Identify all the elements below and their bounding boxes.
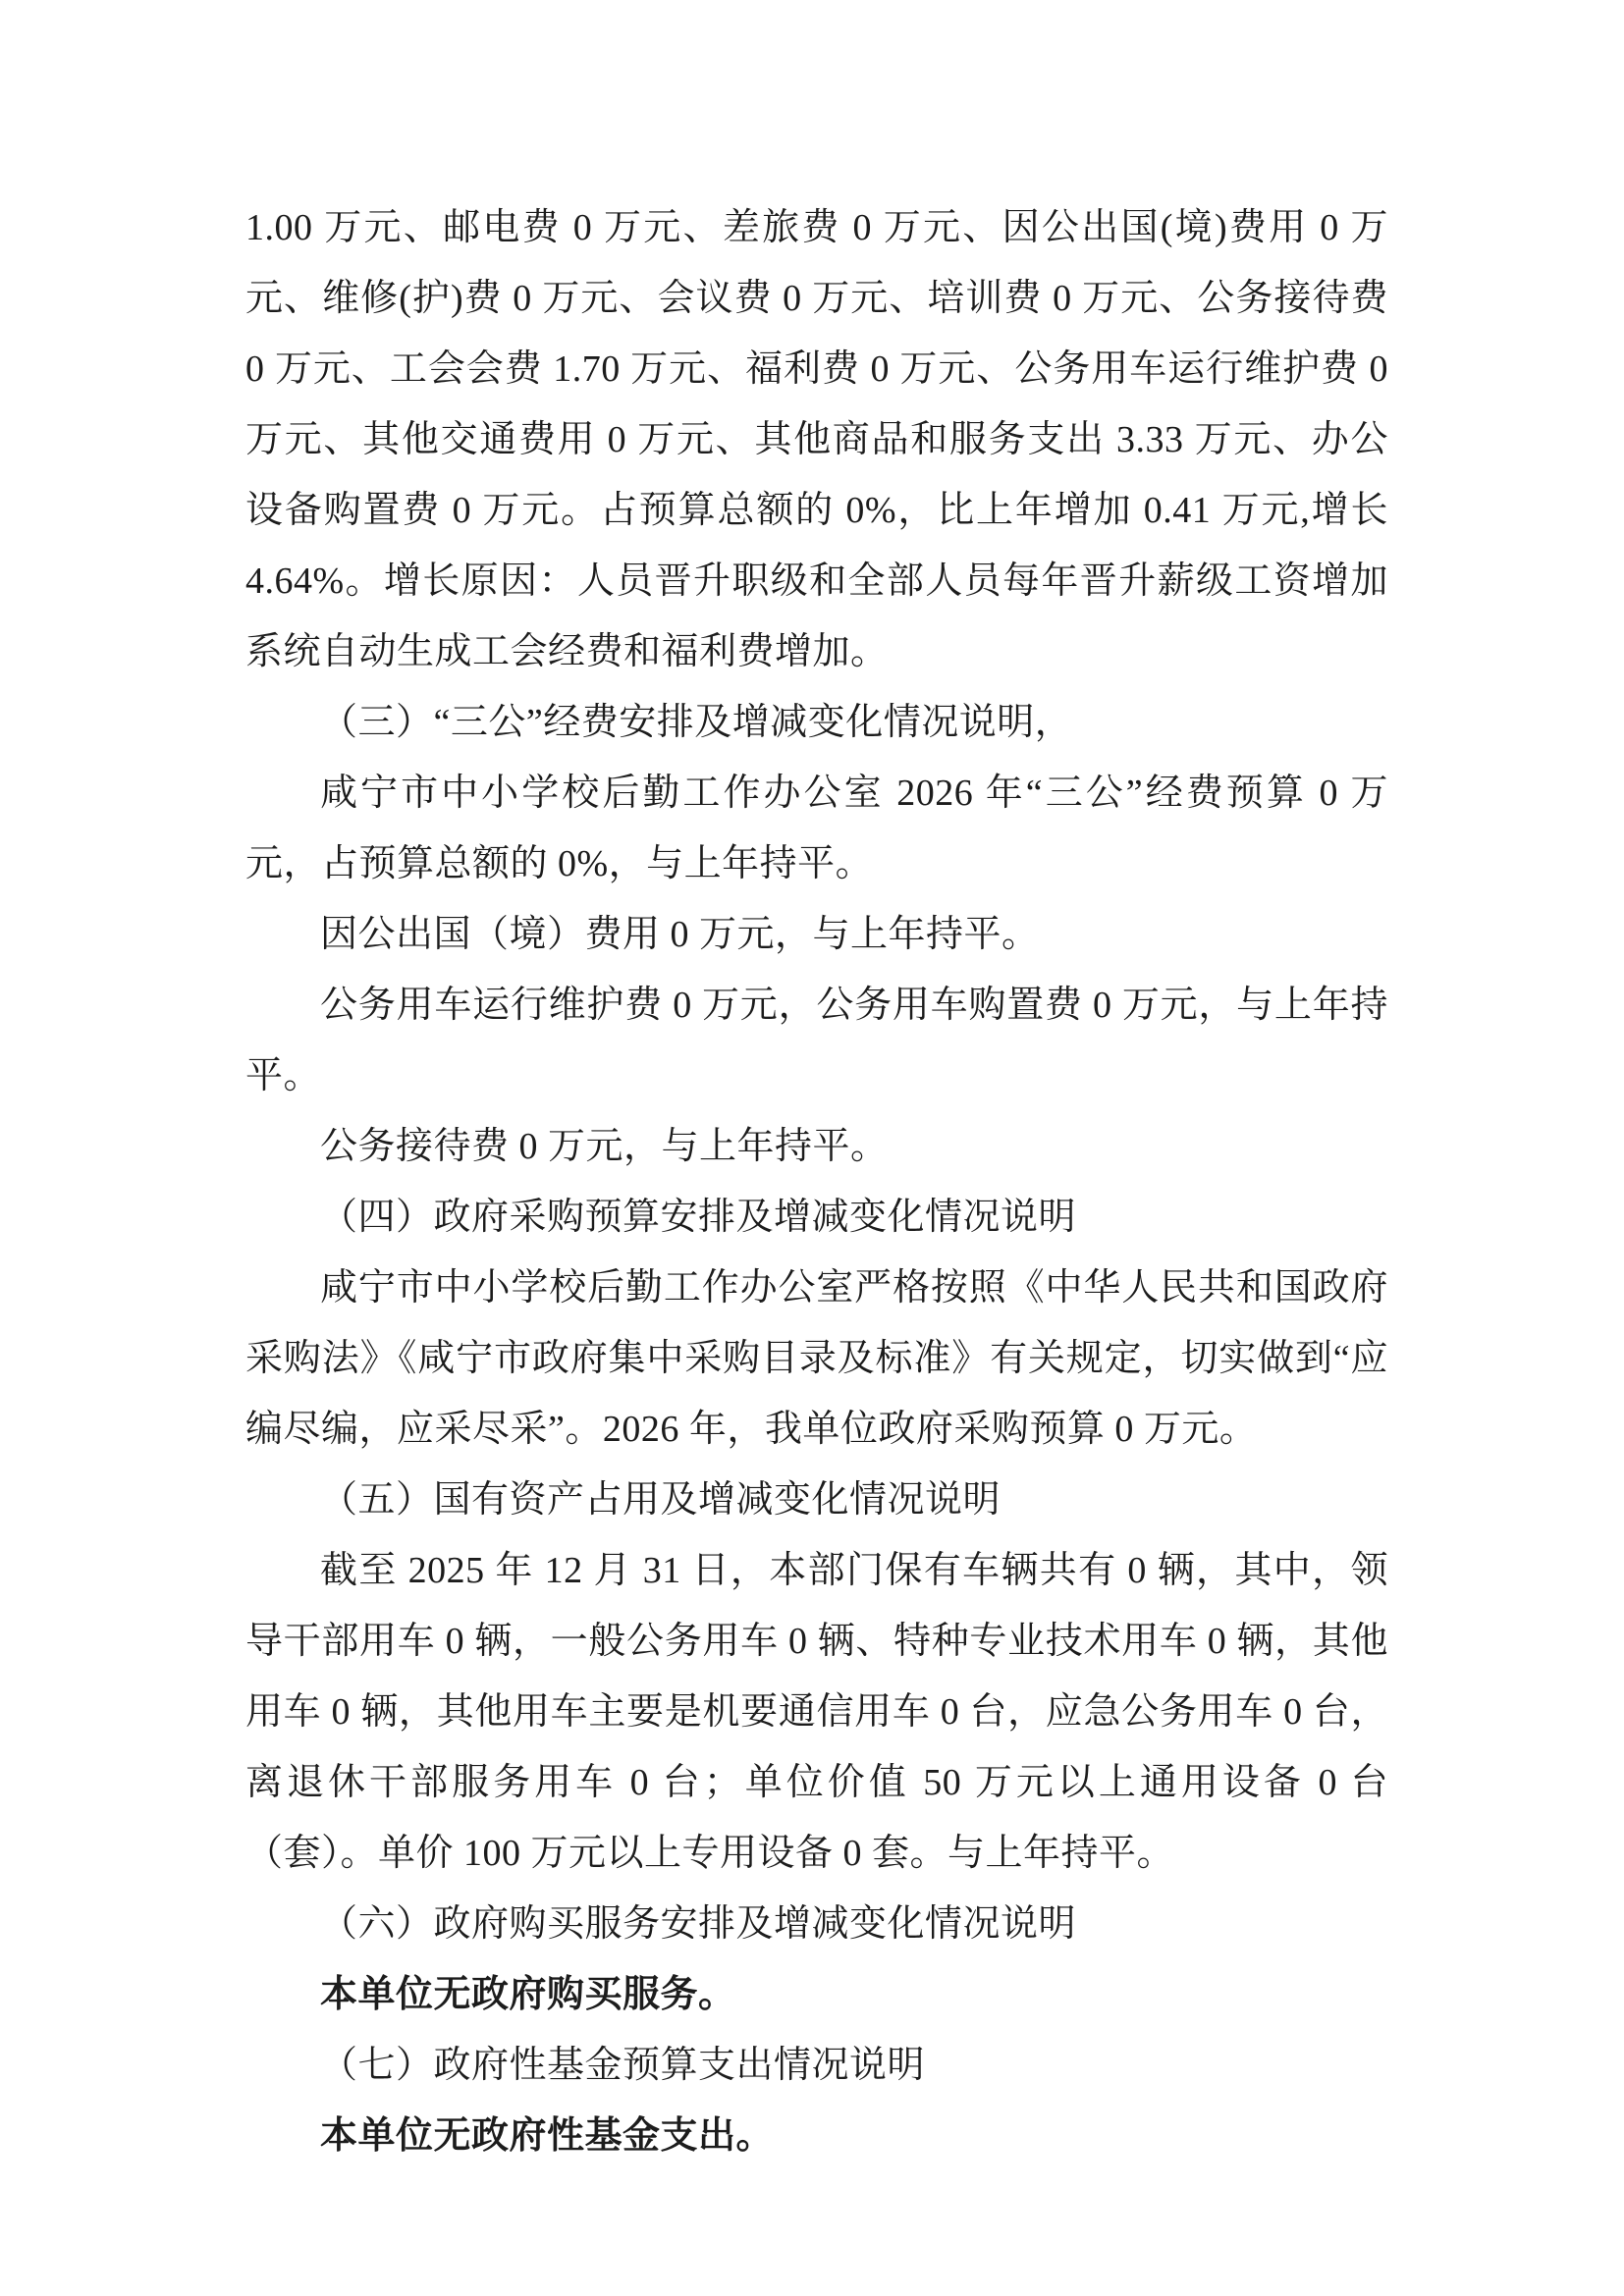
paragraph: （六）政府购买服务安排及增减变化情况说明 [245, 1889, 1388, 1959]
paragraph: 本单位无政府购买服务。 [245, 1959, 1388, 2030]
paragraph: （五）国有资产占用及增减变化情况说明 [245, 1465, 1388, 1535]
paragraph: （七）政府性基金预算支出情况说明 [245, 2030, 1388, 2101]
paragraph: 咸宁市中小学校后勤工作办公室 2026 年“三公”经费预算 0 万元，占预算总额… [245, 758, 1388, 899]
paragraph: 截至 2025 年 12 月 31 日，本部门保有车辆共有 0 辆，其中，领导干… [245, 1535, 1388, 1889]
paragraph: （三）“三公”经费安排及增减变化情况说明， [245, 687, 1388, 758]
paragraph: 1.00 万元、邮电费 0 万元、差旅费 0 万元、因公出国(境)费用 0 万元… [245, 192, 1388, 687]
paragraph: 公务接待费 0 万元，与上年持平。 [245, 1111, 1388, 1182]
paragraph: 因公出国（境）费用 0 万元，与上年持平。 [245, 899, 1388, 970]
paragraph: 本单位无政府性基金支出。 [245, 2101, 1388, 2171]
document-text-block: 1.00 万元、邮电费 0 万元、差旅费 0 万元、因公出国(境)费用 0 万元… [245, 192, 1388, 2171]
document-page: 1.00 万元、邮电费 0 万元、差旅费 0 万元、因公出国(境)费用 0 万元… [0, 0, 1624, 2296]
paragraph: 公务用车运行维护费 0 万元，公务用车购置费 0 万元，与上年持平。 [245, 970, 1388, 1111]
paragraph: 咸宁市中小学校后勤工作办公室严格按照《中华人民共和国政府采购法》《咸宁市政府集中… [245, 1253, 1388, 1465]
paragraph: （四）政府采购预算安排及增减变化情况说明 [245, 1182, 1388, 1253]
